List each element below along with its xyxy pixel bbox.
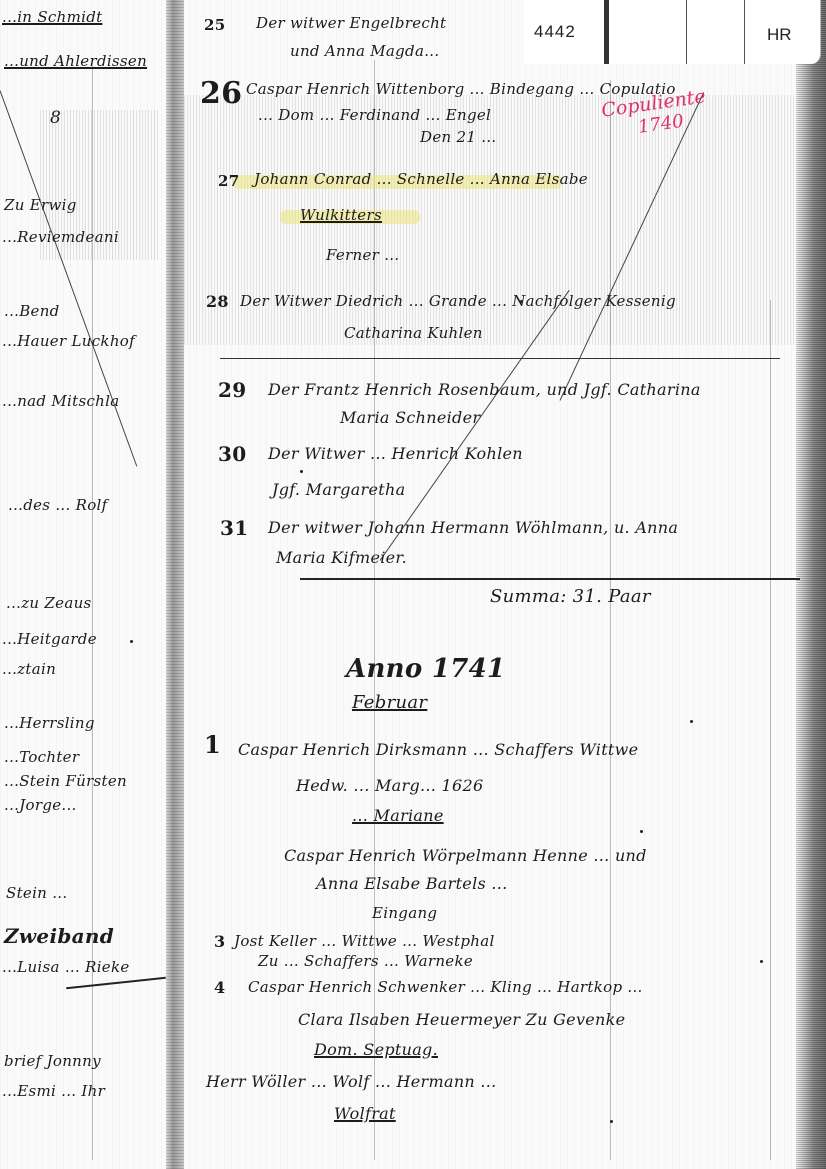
ruling-line (770, 300, 771, 1160)
entry-text: Jgf. Margaretha (272, 480, 405, 499)
entry-number: 29 (218, 378, 246, 402)
margin-text: Stein ... (6, 884, 67, 902)
entry-text: Hedw. ... Marg... 1626 (296, 776, 483, 795)
entry-text: Zu ... Schaffers ... Warneke (258, 952, 473, 970)
entry-number: 3 (214, 932, 225, 951)
entry-text: Der Witwer Diedrich ... Grande ... Nachf… (240, 292, 676, 310)
binding-gutter (166, 0, 184, 1169)
margin-text: 8 (50, 108, 61, 128)
entry-number: 31 (220, 516, 248, 540)
scan-speck (760, 960, 763, 963)
entry-number: 26 (200, 76, 242, 111)
entry-number: 30 (218, 442, 246, 466)
entry-text: Der Frantz Henrich Rosenbaum, und Jgf. C… (268, 380, 701, 399)
summa-total: Summa: 31. Paar (490, 586, 651, 607)
entry-number: 1 (204, 730, 221, 759)
entry-text: Caspar Henrich Wörpelmann Henne ... und (284, 846, 647, 865)
year-heading: Anno 1741 (346, 654, 505, 684)
margin-rule (66, 977, 166, 989)
scan-speck (610, 1120, 613, 1123)
entry-text: Den 21 ... (420, 128, 497, 146)
entry-text: Catharina Kuhlen (344, 324, 483, 342)
scan-speck (640, 830, 643, 833)
entry-text: Wolfrat (334, 1104, 396, 1123)
entry-text: Jost Keller ... Wittwe ... Westphal (234, 932, 495, 950)
page-edge-shadow (796, 0, 826, 1169)
entry-text: Caspar Henrich Dirksmann ... Schaffers W… (238, 740, 638, 759)
entry-text: Der witwer Engelbrecht (256, 14, 446, 32)
margin-text: ...Heitgarde (2, 630, 97, 648)
scanned-register-page: 4442 HR Copuliente 1740 ...in Schmidt ..… (0, 0, 826, 1169)
scan-speck (300, 470, 303, 473)
margin-text: ...Hauer Luckhof (2, 332, 135, 350)
margin-text: ...Reviemdeani (2, 228, 119, 246)
scan-speck (520, 300, 523, 303)
archive-number: 4442 (534, 22, 576, 42)
margin-text: ...in Schmidt (2, 8, 102, 26)
margin-text: ...zu Zeaus (6, 594, 92, 612)
stamp-cell-number: 4442 (524, 0, 609, 64)
entry-text: Herr Wöller ... Wolf ... Hermann ... (206, 1072, 497, 1091)
margin-text: ...Esmi ... Ihr (2, 1082, 105, 1100)
entry-text: Clara Ilsaben Heuermeyer Zu Gevenke (298, 1010, 625, 1029)
stamp-cell-empty (609, 0, 687, 64)
entry-number: 27 (218, 172, 239, 190)
entry-text: Maria Kifmeier. (276, 548, 407, 567)
entry-text: Caspar Henrich Wittenborg ... Bindegang … (246, 80, 676, 98)
margin-text: Zweiband (4, 924, 114, 948)
entry-text: Caspar Henrich Schwenker ... Kling ... H… (248, 978, 643, 996)
entry-text: Der Witwer ... Henrich Kohlen (268, 444, 523, 463)
scan-speck (690, 720, 693, 723)
separator-line (220, 358, 780, 359)
total-rule (300, 578, 800, 580)
stamp-cell-initials: HR (745, 0, 820, 64)
margin-text: ...des ... Rolf (8, 496, 108, 514)
entry-text: ... Mariane (352, 806, 444, 825)
margin-text: ...Stein Fürsten (4, 772, 127, 790)
left-page-fragment: ...in Schmidt ...und Ahlerdissen 8 Zu Er… (0, 0, 166, 1169)
stamp-cell-empty (687, 0, 745, 64)
margin-text: ...Bend (4, 302, 60, 320)
month-heading: Februar (352, 692, 427, 713)
margin-text: ...Luisa ... Rieke (2, 958, 130, 976)
margin-text: ...und Ahlerdissen (4, 52, 147, 70)
entry-text: Dom. Septuag. (314, 1040, 438, 1059)
entry-text: Anna Elsabe Bartels ... (316, 874, 508, 893)
archive-initials: HR (767, 25, 792, 45)
entry-text: Johann Conrad ... Schnelle ... Anna Elsa… (254, 170, 588, 188)
margin-text: Zu Erwig (4, 196, 77, 214)
entry-text: Wulkitters (300, 206, 382, 224)
entry-number: 25 (204, 16, 225, 34)
entry-text: Der witwer Johann Hermann Wöhlmann, u. A… (268, 518, 678, 537)
entry-text: ... Dom ... Ferdinand ... Engel (258, 106, 491, 124)
scan-speck (130, 640, 133, 643)
entry-number: 4 (214, 978, 225, 997)
margin-text: ...Tochter (4, 748, 79, 766)
margin-text: brief Jonnny (4, 1052, 101, 1070)
margin-text: ...nad Mitschla (2, 392, 119, 410)
entry-text: Maria Schneider (340, 408, 480, 427)
archive-stamp-box: 4442 HR (524, 0, 821, 64)
entry-text: Ferner ... (326, 246, 399, 264)
entry-text: und Anna Magda... (290, 42, 439, 60)
entry-number: 28 (206, 292, 229, 311)
entry-text: Eingang (372, 904, 437, 922)
margin-text: ...Herrsling (4, 714, 95, 732)
margin-text: ...Jorge... (4, 796, 77, 814)
margin-text: ...ztain (2, 660, 56, 678)
ruling-line (610, 80, 611, 1160)
